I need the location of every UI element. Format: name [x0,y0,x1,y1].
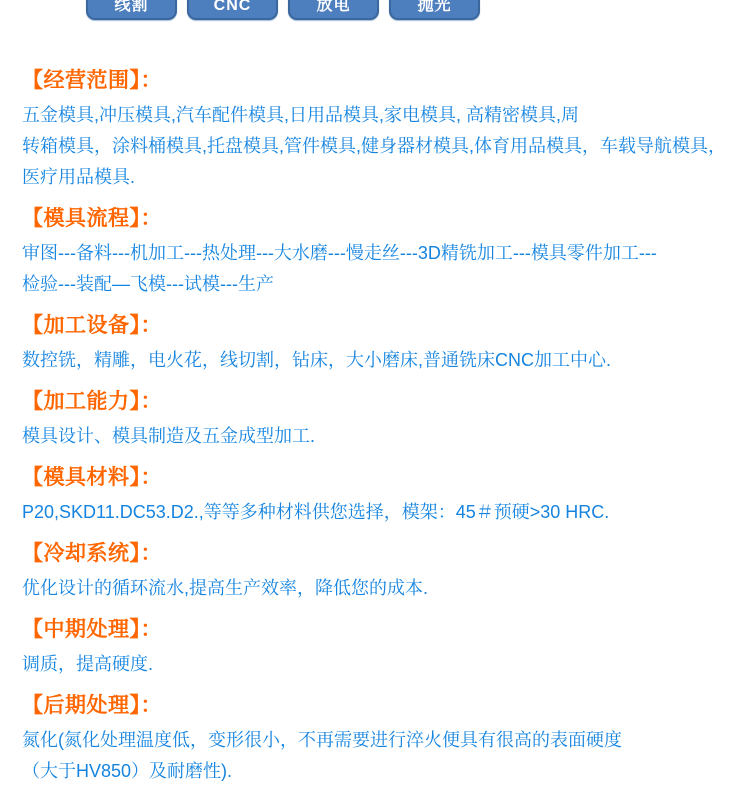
toolbar-button-4[interactable]: 抛光 [389,0,480,20]
section-title: 【加工设备】： [22,313,730,339]
section-text-line: 优化设计的循环流水,提高生产效率，降低您的成本. [22,573,730,604]
section-text-line: P20,SKD11.DC53.D2.,等等多种材料供您选择，模架：45＃预硬>3… [22,497,730,528]
section-text-line: 氮化(氮化处理温度低，变形很小，不再需要进行淬火便具有很高的表面硬度 [22,725,730,756]
section-3: 【加工设备】：数控铣，精雕，电火花，线切割，钻床，大小磨床,普通铣床CNC加工中… [22,313,730,376]
toolbar-button-2[interactable]: CNC [187,0,278,20]
section-title: 【中期处理】： [22,617,730,643]
page: 线割CNC放电抛光 【经营范围】：五金模具,冲压模具,汽车配件模具,日用品模具,… [0,0,750,800]
section-title: 【经营范围】： [22,68,730,94]
section-5: 【模具材料】：P20,SKD11.DC53.D2.,等等多种材料供您选择，模架：… [22,465,730,528]
section-text-line: 审图---备料---机加工---热处理---大水磨---慢走丝---3D精铣加工… [22,238,730,269]
toolbar: 线割CNC放电抛光 [86,0,480,20]
section-title: 【模具流程】： [22,206,730,232]
section-title: 【模具材料】： [22,465,730,491]
section-text-line: 调质，提高硬度. [22,649,730,680]
section-title: 【加工能力】： [22,389,730,415]
section-8: 【后期处理】：氮化(氮化处理温度低，变形很小，不再需要进行淬火便具有很高的表面硬… [22,693,730,787]
section-1: 【经营范围】：五金模具,冲压模具,汽车配件模具,日用品模具,家电模具, 高精密模… [22,68,730,193]
section-7: 【中期处理】：调质，提高硬度. [22,617,730,680]
section-text-line: 转箱模具，涂料桶模具,托盘模具,管件模具,健身器材模具,体育用品模具，车载导航模… [22,131,730,162]
section-text-line: 数控铣，精雕，电火花，线切割，钻床，大小磨床,普通铣床CNC加工中心. [22,345,730,376]
toolbar-button-3[interactable]: 放电 [288,0,379,20]
section-text-line: 医疗用品模具. [22,162,730,193]
section-6: 【冷却系统】：优化设计的循环流水,提高生产效率，降低您的成本. [22,541,730,604]
section-text-line: 检验---装配—飞模---试模---生产 [22,269,730,300]
section-text-line: 五金模具,冲压模具,汽车配件模具,日用品模具,家电模具, 高精密模具,周 [22,100,730,131]
section-2: 【模具流程】：审图---备料---机加工---热处理---大水磨---慢走丝--… [22,206,730,300]
toolbar-button-1[interactable]: 线割 [86,0,177,20]
section-title: 【冷却系统】： [22,541,730,567]
section-text-line: （大于HV850）及耐磨性). [22,756,730,787]
section-title: 【后期处理】： [22,693,730,719]
section-4: 【加工能力】：模具设计、模具制造及五金成型加工. [22,389,730,452]
section-text-line: 模具设计、模具制造及五金成型加工. [22,421,730,452]
content-sections: 【经营范围】：五金模具,冲压模具,汽车配件模具,日用品模具,家电模具, 高精密模… [0,68,750,787]
